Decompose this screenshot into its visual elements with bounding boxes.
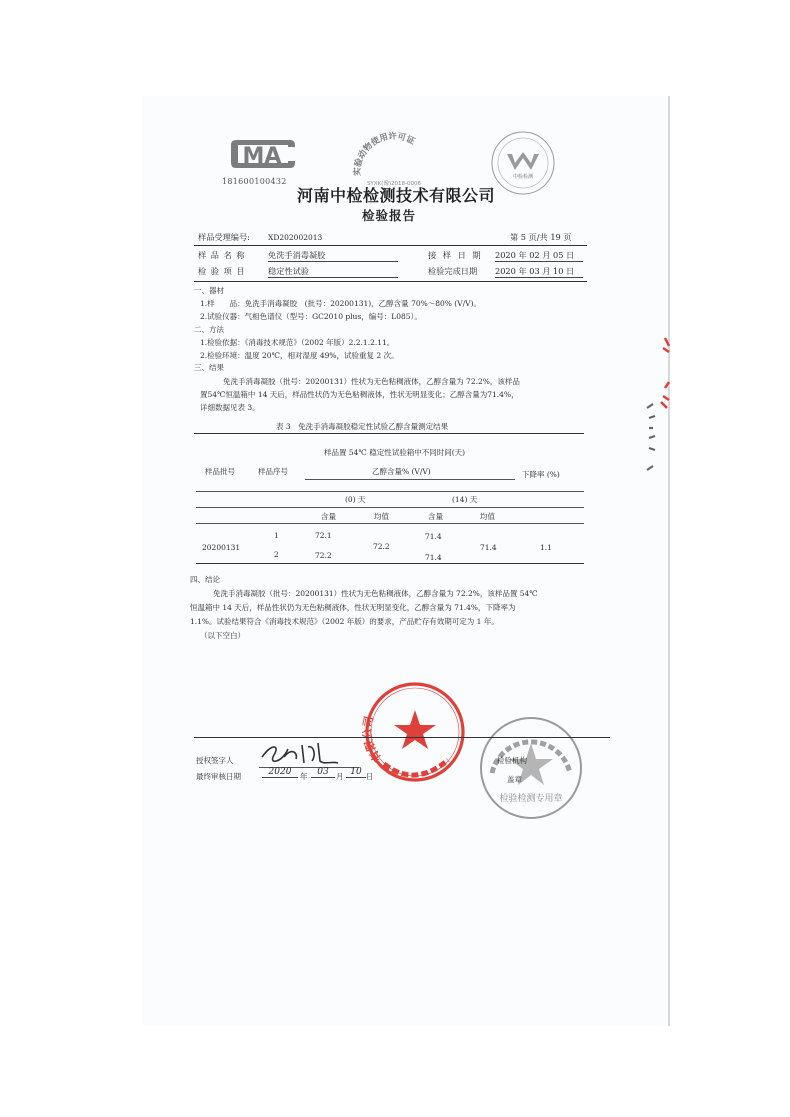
partial-seal-edge-icon: [641, 330, 671, 520]
d14-cell-1: 71.4: [425, 532, 442, 541]
inspection-seal-icon: 检验检测专用章: [476, 713, 586, 823]
d14-cell-2: 71.4: [425, 553, 442, 562]
day0-mean-header: 均值: [374, 511, 389, 522]
rule: [305, 479, 515, 480]
month-char: 月: [336, 771, 344, 782]
d0-mean-cell: 72.2: [373, 542, 390, 551]
conclusion-text-1: 免洗手消毒凝胶（批号：20200131）性状为无色粘稠液体，乙醇含量为 72.2…: [213, 588, 538, 599]
d14-mean-cell: 71.4: [480, 543, 497, 552]
table-top-rule: [194, 433, 584, 434]
seq-cell-1: 1: [274, 531, 279, 540]
table-group-header: 样品置 54℃ 稳定性试验箱中不同时间(天): [324, 447, 465, 458]
sample-name-label: 样 品 名 称: [198, 250, 246, 261]
seq-cell-2: 2: [274, 550, 279, 559]
company-name: 河南中检检测技术有限公司: [297, 183, 495, 206]
svg-text:实验动物使用许可证: 实验动物使用许可证: [352, 131, 417, 176]
day14-content-header: 含量: [428, 511, 443, 522]
report-title: 检验报告: [362, 206, 416, 224]
svg-text:MA: MA: [243, 144, 282, 169]
conclusion-text-2: 恒温箱中 14 天后，样品性状仍为无色粘稠液体，性状无明显变化，乙醇含量为 71…: [190, 602, 516, 613]
org-stamp-label: 检验机构: [497, 755, 527, 766]
svg-text:检验检测专用章: 检验检测专用章: [499, 792, 562, 804]
result-text-1: 免洗手消毒凝胶（批号：20200131）性状为无色粘稠液体，乙醇含量为 72.2…: [223, 376, 520, 387]
day14-header: (14) 天: [452, 494, 477, 505]
sample-name-value: 免洗手消毒凝胶: [268, 250, 398, 262]
page-info: 第 5 页/共 19 页: [510, 232, 572, 243]
batch-cell: 20200131: [202, 543, 240, 552]
lab-animal-license-stamp: 实验动物使用许可证 SYXK(豫)2018-0006: [348, 128, 438, 188]
method-heading: 二、方法: [194, 324, 224, 335]
svg-text:中检检测: 中检检测: [513, 173, 533, 180]
result-text-2: 置54℃恒温箱中 14 天后，样品性状仍为无色粘稠液体，性状无明显变化；乙醇含量…: [200, 389, 519, 400]
page-edge: [668, 96, 670, 1026]
complete-date-value: 2020 年 03 月 10 日: [495, 266, 583, 278]
conclusion-heading: 四、结论: [190, 574, 220, 585]
complete-date-label: 检验完成日期: [428, 266, 477, 277]
receive-date-value: 2020 年 02 月 05 日: [495, 250, 583, 262]
review-month: 03: [311, 767, 335, 778]
divider: [194, 245, 587, 246]
col-seq-header: 样品序号: [258, 466, 288, 477]
review-year: 2020: [262, 767, 298, 778]
equipment-instrument: 2.试验仪器：气相色谱仪（型号：GC2010 plus，编号：L085）。: [200, 311, 422, 322]
table-caption: 表 3 免洗手消毒凝胶稳定性试验乙醇含量测定结果: [276, 421, 448, 432]
cma-number: 181600100432: [222, 177, 287, 186]
signature-rule: [194, 737, 610, 738]
result-text-3: 详细数据见表 3。: [200, 402, 260, 413]
svg-text:有限公司: 有限公司: [362, 715, 384, 765]
day0-content-header: 含量: [321, 511, 336, 522]
col-content-header: 乙醇含量% (V/V): [372, 466, 431, 477]
test-item-value: 稳定性试验: [268, 266, 398, 278]
company-seal-logo-icon: 中检检测: [490, 130, 556, 196]
receive-date-label: 接 样 日 期: [428, 250, 483, 261]
decline-cell: 1.1: [540, 543, 552, 552]
review-day: 10: [346, 767, 366, 778]
d0-cell-1: 72.1: [315, 531, 332, 540]
red-company-seal-icon: 有限公司: [362, 676, 468, 792]
rule: [196, 523, 584, 524]
blank-note: （以下空白）: [200, 630, 245, 641]
method-basis: 1.检验依据：《消毒技术规范》（2002 年版）2.2.1.2.11。: [200, 337, 394, 348]
method-environment: 2.检验环境：温度 20℃，相对湿度 49%，试验重复 2 次。: [200, 350, 399, 361]
divider: [194, 281, 587, 282]
conclusion-text-3: 1.1%。试验结果符合《消毒技术规范》（2002 年版）的要求，产品贮存有效期可…: [190, 616, 499, 627]
col-batch-header: 样品批号: [205, 466, 235, 477]
day-char: 日: [366, 771, 374, 782]
test-item-label: 检 验 项 目: [198, 266, 246, 277]
rule: [196, 507, 584, 508]
equipment-sample: 1.样 品：免洗手消毒凝胶 (批号：20200131)，乙醇含量 70%～80%…: [200, 298, 481, 309]
equipment-heading: 一、器材: [194, 285, 224, 296]
d0-cell-2: 72.2: [315, 551, 332, 560]
day14-mean-header: 均值: [480, 511, 495, 522]
receipt-label: 样品受理编号:: [198, 232, 250, 243]
receipt-number: XD202002013: [268, 233, 322, 242]
signer-label: 授权签字人: [196, 755, 234, 766]
day0-header: (0) 天: [345, 494, 366, 505]
review-date-label: 最终审核日期: [196, 771, 241, 782]
year-char: 年: [300, 771, 308, 782]
table-bottom-rule: [196, 563, 584, 564]
org-stamp-sub-label: 盖章: [507, 774, 522, 785]
col-decline-header: 下降率 (%): [522, 469, 560, 480]
cma-logo-icon: MA: [228, 137, 298, 171]
rule: [196, 491, 584, 492]
result-heading: 三、结果: [194, 362, 224, 373]
